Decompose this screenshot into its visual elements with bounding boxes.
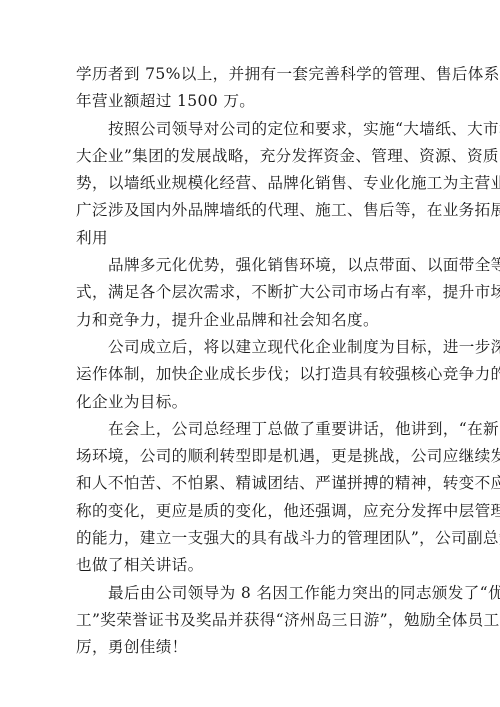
text-line: 称的变化，更应是质的变化，他还强调，应充分发挥中层管理干部 <box>76 498 418 525</box>
text-line: 最后由公司领导为 8 名因工作能力突出的同志颁发了“优秀员 <box>76 580 418 607</box>
text-line: 学历者到 75%以上，并拥有一套完善科学的管理、售后体系，预期 <box>76 61 418 88</box>
text-line: 按照公司领导对公司的定位和要求，实施“大墙纸、大市场、 <box>76 116 418 143</box>
text-line: 化企业为目标。 <box>76 389 418 416</box>
document-page: 学历者到 75%以上，并拥有一套完善科学的管理、售后体系，预期 年营业额超过 1… <box>76 61 418 662</box>
text-line: 品牌多元化优势，强化销售环境，以点带面、以面带全等方 <box>76 252 418 279</box>
paragraph-6: 最后由公司领导为 8 名因工作能力突出的同志颁发了“优秀员 工”奖荣誉证书及奖品… <box>76 580 418 662</box>
text-line: 的能力，建立一支强大的具有战斗力的管理团队”，公司副总安得萌 <box>76 525 418 552</box>
paragraph-1: 学历者到 75%以上，并拥有一套完善科学的管理、售后体系，预期 年营业额超过 1… <box>76 61 418 116</box>
text-line: 势，以墙纸业规模化经营、品牌化销售、专业化施工为主营业务， <box>76 170 418 197</box>
paragraph-4: 公司成立后，将以建立现代化企业制度为目标，进一步深化 运作体制，加快企业成长步伐… <box>76 334 418 416</box>
text-line: 和人不怕苦、不怕累、精诚团结、严谨拼搏的精神，转变不应是名 <box>76 470 418 497</box>
text-line: 工”奖荣誉证书及奖品并获得“济州岛三日游”，勉励全体员工再接再 <box>76 607 418 634</box>
text-line: 式，满足各个层次需求，不断扩大公司市场占有率，提升市场影响 <box>76 279 418 306</box>
text-line: 大企业”集团的发展战略，充分发挥资金、管理、资源、资质四大优 <box>76 143 418 170</box>
paragraph-2: 按照公司领导对公司的定位和要求，实施“大墙纸、大市场、 大企业”集团的发展战略，… <box>76 116 418 252</box>
text-line: 年营业额超过 1500 万。 <box>76 88 418 115</box>
text-line: 厉，勇创佳绩！ <box>76 634 418 661</box>
paragraph-3: 品牌多元化优势，强化销售环境，以点带面、以面带全等方 式，满足各个层次需求，不断… <box>76 252 418 334</box>
text-line: 也做了相关讲话。 <box>76 552 418 579</box>
text-line: 场环境，公司的顺利转型即是机遇，更是挑战，公司应继续发扬勤 <box>76 443 418 470</box>
paragraph-5: 在会上，公司总经理丁总做了重要讲话，他讲到，“在新的市 场环境，公司的顺利转型即… <box>76 416 418 580</box>
text-line: 运作体制，加快企业成长步伐；以打造具有较强核心竞争力的现代 <box>76 361 418 388</box>
text-line: 力和竞争力，提升企业品牌和社会知名度。 <box>76 307 418 334</box>
text-line: 公司成立后，将以建立现代化企业制度为目标，进一步深化 <box>76 334 418 361</box>
text-line: 广泛涉及国内外品牌墙纸的代理、施工、售后等，在业务拓展上， <box>76 197 418 224</box>
text-line: 在会上，公司总经理丁总做了重要讲话，他讲到，“在新的市 <box>76 416 418 443</box>
text-line: 利用 <box>76 225 418 252</box>
